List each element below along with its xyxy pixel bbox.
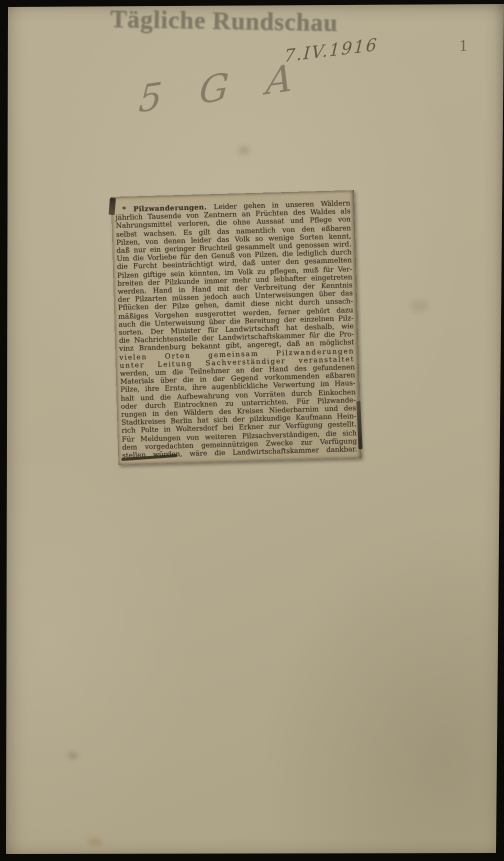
paper-stain [88,838,102,846]
masthead-stamp: Tägliche Rundschau [110,5,338,39]
folio-number: 1 [459,36,468,56]
clipping-text-block: * Pilzwanderungen. Leider gehen in unser… [115,199,357,460]
paper-stain [68,752,78,759]
scan-background: Tägliche Rundschau 7.IV.1916 1 5 G A * P… [0,0,504,861]
archive-page: Tägliche Rundschau 7.IV.1916 1 5 G A * P… [0,0,504,861]
paper-stain [410,300,428,312]
handwritten-archive-code: 5 G A [137,54,307,121]
paper-stain [238,146,250,155]
news-clipping: * Pilzwanderungen. Leider gehen in unser… [111,190,361,465]
clipping-edge-mark-right [356,401,362,449]
